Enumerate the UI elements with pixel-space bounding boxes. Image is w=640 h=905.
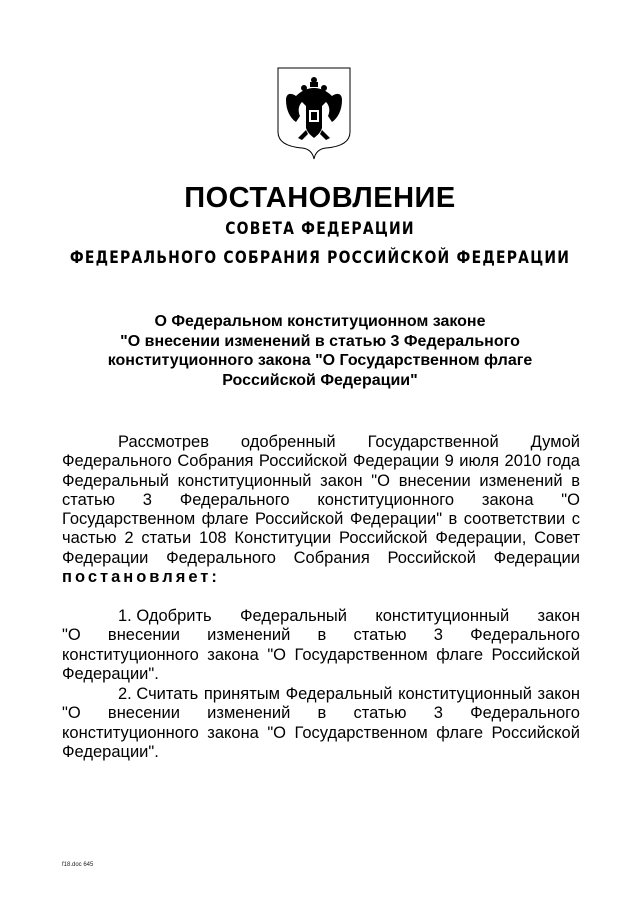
word: конституционного	[62, 646, 199, 665]
word: частью	[62, 529, 117, 548]
word: статьи	[141, 529, 191, 548]
word: 3	[143, 491, 152, 510]
text-line: 2. СчитатьпринятымФедеральныйконституцио…	[62, 685, 580, 704]
text-line: конституционногозакона"ОГосударственномф…	[62, 724, 580, 743]
item-1: 1. ОдобритьФедеральныйконституционныйзак…	[62, 607, 580, 684]
word: Собрания	[177, 452, 253, 471]
word: Российской	[492, 646, 580, 665]
word: внесении	[399, 472, 471, 491]
word: Государственной	[368, 433, 499, 452]
word: закон	[320, 472, 362, 491]
text-line: Федеральныйконституционныйзакон"Овнесени…	[62, 472, 580, 491]
word: "О	[267, 646, 286, 665]
word: Федерации	[494, 549, 580, 568]
preamble-paragraph: РассмотреводобренныйГосударственнойДумой…	[62, 433, 580, 587]
issuer-line-2: ФЕДЕРАЛЬНОГО СОБРАНИЯ РОССИЙСКОЙ ФЕДЕРАЦ…	[58, 248, 583, 268]
word: Федерального	[166, 549, 276, 568]
text-line: конституционногозакона"ОГосударственномф…	[62, 646, 580, 665]
word: Федерации	[353, 452, 439, 471]
word: 2. Считать	[118, 685, 198, 704]
document-title: ПОСТАНОВЛЕНИЕ	[0, 181, 640, 215]
text-line: 1. ОдобритьФедеральныйконституционныйзак…	[62, 607, 580, 626]
word: "О	[267, 724, 286, 743]
text-line: ГосударственномфлагеРоссийскойФедерации"…	[62, 510, 580, 529]
word: Федерации"	[350, 510, 442, 529]
word: изменений	[207, 704, 290, 723]
text-line: постановляет:	[62, 568, 580, 587]
word: конституционного	[62, 724, 199, 743]
word: изменений	[479, 472, 562, 491]
subject-line: О Федеральном конституционном законе	[0, 312, 640, 332]
word: "О	[62, 626, 81, 645]
word: Российской	[492, 724, 580, 743]
word: в	[571, 472, 580, 491]
issuer-line-1: СОВЕТА ФЕДЕРАЦИИ	[58, 219, 583, 239]
text-line: "Овнесенииизмененийвстатью3Федерального	[62, 704, 580, 723]
word: закон	[538, 607, 580, 626]
word: Российской	[339, 529, 427, 548]
subject-line: Российской Федерации"	[0, 371, 640, 391]
word: Федерального	[180, 491, 290, 510]
word: 1. Одобрить	[118, 607, 212, 626]
word: флаге	[436, 724, 483, 743]
word: Российской	[259, 452, 347, 471]
word: Федерального	[62, 452, 172, 471]
word: 2010	[505, 452, 542, 471]
word: Рассмотрев	[118, 433, 209, 452]
word: статью	[62, 491, 115, 510]
text-line: РассмотреводобренныйГосударственнойДумой	[62, 433, 580, 452]
item-2: 2. СчитатьпринятымФедеральныйконституцио…	[62, 685, 580, 762]
word: "О	[62, 704, 81, 723]
word: внесении	[108, 704, 180, 723]
word: Конституции	[234, 529, 331, 548]
word: Федеральный	[62, 472, 169, 491]
word: Федерального	[470, 704, 580, 723]
text-line: ФедеральногоСобранияРоссийскойФедерации9…	[62, 452, 580, 471]
subject-line: "О внесении изменений в статью 3 Федерал…	[0, 332, 640, 352]
text-line: ФедерацииФедеральногоСобранияРоссийскойФ…	[62, 549, 580, 568]
text-line: Федерации".	[62, 665, 580, 684]
word: изменений	[207, 626, 290, 645]
word: 2	[124, 529, 133, 548]
text-line: статью3Федеральногоконституционногозакон…	[62, 491, 580, 510]
word: флаге	[202, 510, 249, 529]
word: Совет	[534, 529, 580, 548]
word: закона	[207, 646, 259, 665]
word: 3	[434, 704, 443, 723]
word: внесении	[108, 626, 180, 645]
word: года	[547, 452, 580, 471]
file-reference: f18.doc 645	[62, 862, 93, 868]
subject-line: конституционного закона "О Государственн…	[0, 351, 640, 371]
word: флаге	[436, 646, 483, 665]
word: июля	[459, 452, 499, 471]
word: в	[449, 510, 458, 529]
text-line: частью2статьи108КонституцииРоссийскойФед…	[62, 529, 580, 548]
word: одобренный	[241, 433, 336, 452]
word: Думой	[531, 433, 580, 452]
word: "О	[561, 491, 580, 510]
word: Российской	[255, 510, 343, 529]
word: закона	[207, 724, 259, 743]
word: Государственном	[294, 724, 427, 743]
word: статью	[354, 626, 407, 645]
word: Федерации,	[435, 529, 526, 548]
word: с	[572, 510, 580, 529]
word: 3	[434, 626, 443, 645]
word: соответствии	[464, 510, 566, 529]
word: Федерального	[470, 626, 580, 645]
word: статью	[354, 704, 407, 723]
word: закона	[482, 491, 534, 510]
word: в	[318, 704, 327, 723]
word: Федерации	[62, 549, 148, 568]
word: конституционного	[317, 491, 454, 510]
word: конституционный	[398, 685, 532, 704]
word: в	[318, 626, 327, 645]
word: Российской	[387, 549, 475, 568]
word: закон	[538, 685, 580, 704]
word: Государственном	[294, 646, 427, 665]
word: Государственном	[62, 510, 195, 529]
word: Федеральный	[240, 607, 347, 626]
resolves-word: постановляет:	[62, 568, 220, 587]
text-line: "Овнесенииизмененийвстатью3Федерального	[62, 626, 580, 645]
word: принятым	[204, 685, 280, 704]
resolution-subject: О Федеральном конституционном законе "О …	[0, 312, 640, 390]
word: 9	[445, 452, 454, 471]
word: конституционный	[375, 607, 509, 626]
word: конституционный	[178, 472, 312, 491]
word: "О	[371, 472, 390, 491]
word: Федеральный	[286, 685, 393, 704]
word: 108	[199, 529, 227, 548]
text-line: Федерации".	[62, 743, 580, 762]
word: Собрания	[294, 549, 370, 568]
coat-of-arms-icon	[276, 66, 352, 160]
